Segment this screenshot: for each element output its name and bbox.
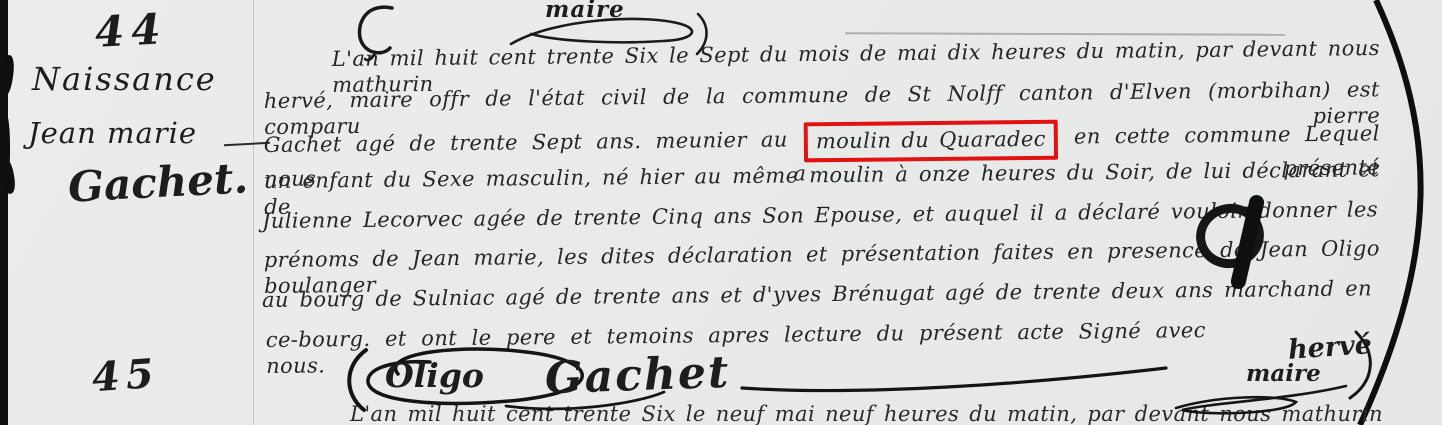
- annotation-box: moulin du Quaradec: [804, 120, 1058, 163]
- act-line-3-before: Gachet agé de trente Sept ans. meunier a…: [264, 128, 788, 157]
- signature-witness-oligo: Oligo: [385, 356, 484, 395]
- margin-rule-line: [253, 0, 254, 425]
- signature-mayor-title: maire: [1246, 360, 1321, 387]
- act-number: 44: [94, 4, 169, 57]
- annotation-text: moulin du Quaradec: [816, 127, 1046, 153]
- ornate-paraph-glyph: [352, 2, 400, 62]
- faint-ruled-line: [845, 32, 1285, 36]
- herve-signature-flourish: [1316, 330, 1442, 422]
- signature-father-gachet: Gachet: [544, 347, 731, 404]
- scanned-register-page: 44 Naissance Jean marie Gachet. 45 maire…: [0, 0, 1442, 425]
- scan-edge-blot: [0, 54, 16, 97]
- gachet-signature-swash: [740, 366, 1170, 396]
- margin-record-type: Naissance: [32, 60, 217, 98]
- margin-child-firstname: Jean marie: [28, 116, 197, 150]
- margin-child-surname: Gachet.: [67, 153, 249, 211]
- next-act-number: 45: [90, 350, 161, 402]
- maire-flourish: [505, 14, 715, 56]
